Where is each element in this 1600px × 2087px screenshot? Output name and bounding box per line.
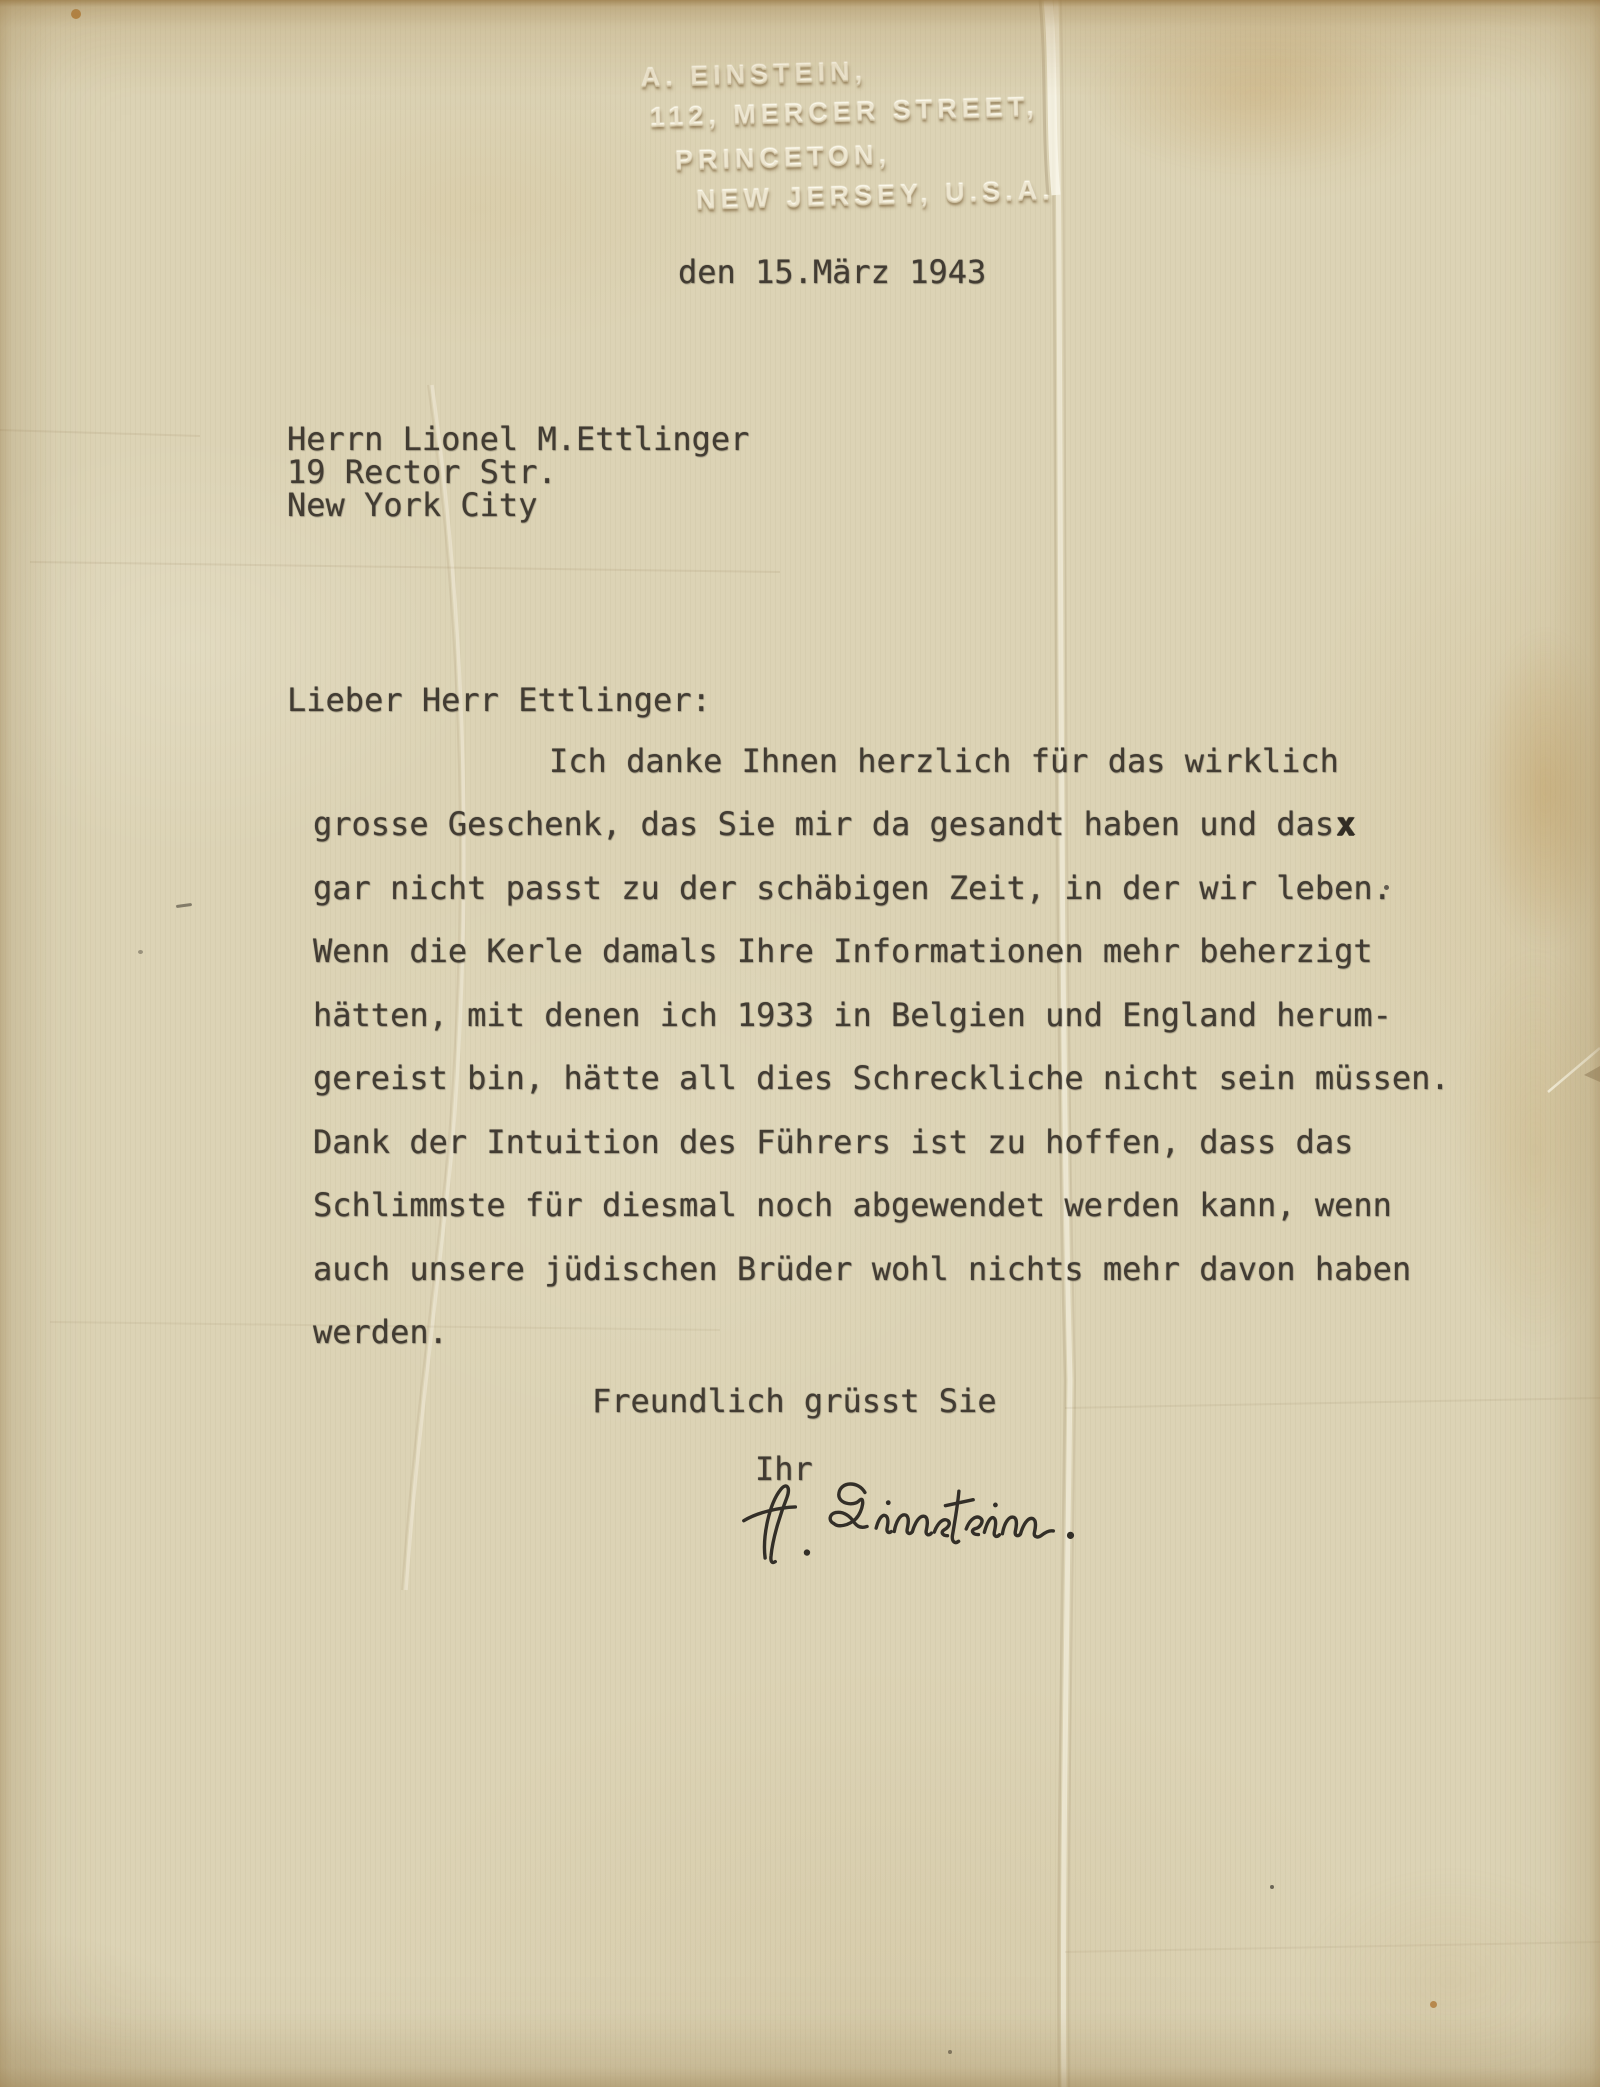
- pencil-dot: [138, 950, 143, 954]
- date-line: den 15.März 1943: [678, 256, 986, 288]
- recipient-city: New York City: [287, 489, 537, 521]
- body-line-6: gereist bin, hätte all dies Schreckliche…: [313, 1062, 1450, 1094]
- body-line-5: hätten, mit denen ich 1933 in Belgien un…: [313, 999, 1392, 1031]
- body-line-7: Dank der Intuition des Führers ist zu ho…: [313, 1126, 1353, 1158]
- recipient-street: 19 Rector Str.: [287, 456, 557, 488]
- body-line-10: werden.: [313, 1316, 448, 1348]
- salutation: Lieber Herr Ettlinger:: [287, 684, 711, 716]
- stain-right-edge: [1478, 630, 1600, 950]
- body-line-8: Schlimmste für diesmal noch abgewendet w…: [313, 1189, 1392, 1221]
- ink-speck: [71, 9, 81, 19]
- body-line-4: Wenn die Kerle damals Ihre Informationen…: [313, 935, 1373, 967]
- body-line-2: grosse Geschenk, das Sie mir da gesandt …: [313, 808, 1334, 840]
- letterhead-street: 112, MERCER STREET,: [649, 92, 1039, 134]
- stain-bottom-right: [1300, 1870, 1600, 2087]
- letterhead-name: A. EINSTEIN,: [640, 57, 867, 94]
- signature: [720, 1461, 1154, 1586]
- stain-top-right: [1090, 20, 1420, 170]
- overstrike-x: x: [1336, 808, 1355, 840]
- closing-line: Freundlich grüsst Sie: [592, 1385, 997, 1417]
- recipient-name: Herrn Lionel M.Ettlinger: [287, 423, 749, 455]
- paper-edge-shading: [0, 0, 1600, 2087]
- ink-speck: [1270, 1885, 1274, 1889]
- pencil-dash: [176, 903, 192, 908]
- letterhead-state: NEW JERSEY, U.S.A.: [696, 176, 1055, 217]
- paper-vignette: [0, 0, 1600, 2087]
- ink-speck: [1430, 2001, 1437, 2008]
- letter-scan: A. EINSTEIN, 112, MERCER STREET, PRINCET…: [0, 0, 1600, 2087]
- ink-speck: [948, 2050, 952, 2054]
- body-line-9: auch unsere jüdischen Brüder wohl nichts…: [313, 1253, 1411, 1285]
- stain-right-mid: [1455, 950, 1600, 1350]
- body-line-3: gar nicht passt zu der schäbigen Zeit, i…: [313, 872, 1392, 904]
- body-line-1: Ich danke Ihnen herzlich für das wirklic…: [549, 745, 1339, 777]
- paper-creases: [0, 0, 1600, 2087]
- letterhead-city: PRINCETON,: [675, 140, 892, 177]
- paper-mottling: [0, 0, 1600, 2087]
- paper-laid-texture: [0, 0, 1600, 2087]
